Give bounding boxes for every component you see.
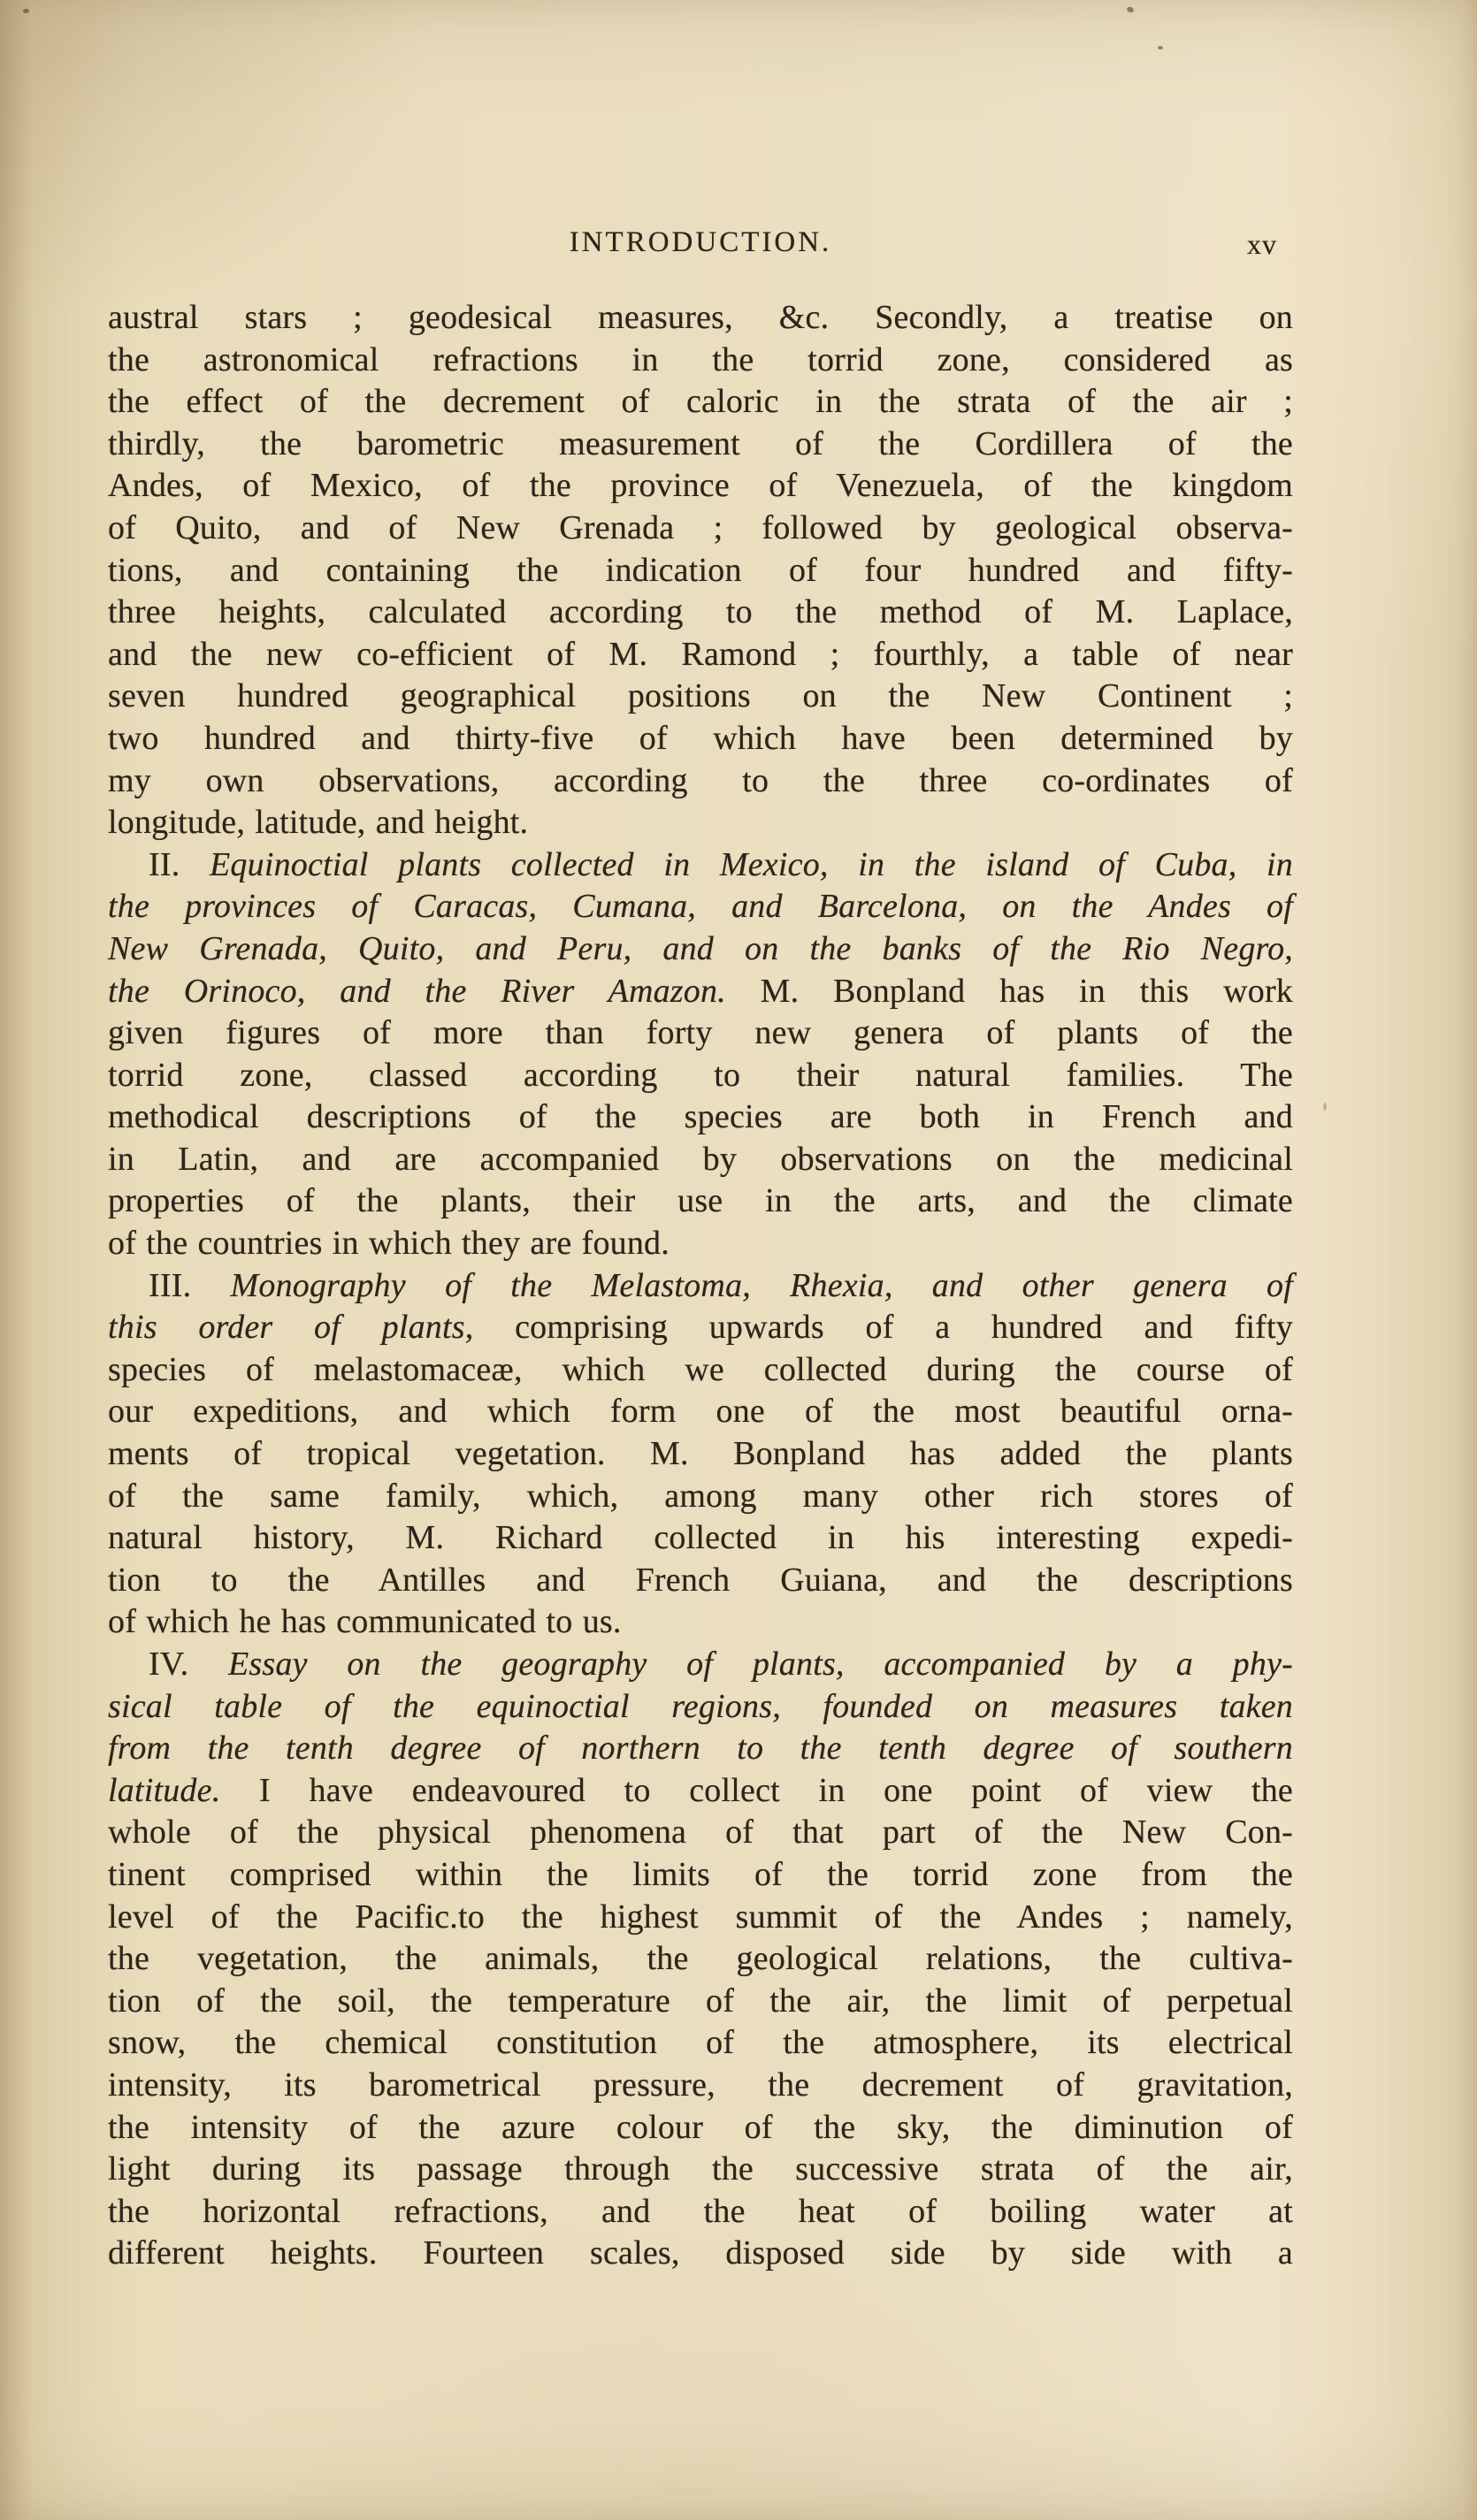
text-line: thirdly, the barometric measurement of t…: [108, 424, 1293, 466]
text-segment: the intensity of the azure colour of the…: [108, 2109, 1293, 2146]
text-segment: three heights, calculated according to t…: [108, 593, 1293, 630]
text-line: of the countries in which they are found…: [108, 1223, 1293, 1265]
italic-text-segment: Equinoctial plants collected in Mexico, …: [210, 846, 1293, 883]
text-line: different heights. Fourteen scales, disp…: [108, 2233, 1293, 2275]
text-line: of the same family, which, among many ot…: [108, 1476, 1293, 1518]
paper-speck: [1158, 46, 1163, 50]
paragraph: II. Equinoctial plants collected in Mexi…: [108, 844, 1293, 1265]
text-line: the vegetation, the animals, the geologi…: [108, 1938, 1293, 1981]
text-line: three heights, calculated according to t…: [108, 592, 1293, 634]
text-segment: of the countries in which they are found…: [108, 1225, 670, 1262]
running-head-title: INTRODUCTION.: [108, 226, 1293, 259]
text-line: austral stars ; geodesical measures, &c.…: [108, 297, 1293, 340]
text-line: our expeditions, and which form one of t…: [108, 1391, 1293, 1433]
text-segment: tions, and containing the indication of …: [108, 552, 1293, 589]
paper-speck: [23, 9, 29, 13]
text-segment: of Quito, and of New Grenada ; followed …: [108, 509, 1293, 546]
text-line: ments of tropical vegetation. M. Bonplan…: [108, 1433, 1293, 1476]
text-segment: III.: [149, 1267, 231, 1304]
text-segment: my own observations, according to the th…: [108, 762, 1293, 799]
text-segment: I have endeavoured to collect in one poi…: [220, 1772, 1293, 1809]
text-line: the provinces of Caracas, Cumana, and Ba…: [108, 886, 1293, 928]
text-segment: the horizontal refractions, and the heat…: [108, 2193, 1293, 2230]
italic-text-segment: Essay on the geography of plants, accomp…: [228, 1646, 1293, 1683]
text-line: of Quito, and of New Grenada ; followed …: [108, 508, 1293, 550]
running-head: INTRODUCTION. xv: [108, 226, 1293, 262]
text-line: the effect of the decrement of caloric i…: [108, 381, 1293, 424]
text-line: sical table of the equinoctial regions, …: [108, 1686, 1293, 1729]
text-line: whole of the physical phenomena of that …: [108, 1812, 1293, 1854]
italic-text-segment: Monography of the Melastoma, Rhexia, and…: [231, 1267, 1293, 1304]
text-line: snow, the chemical constitution of the a…: [108, 2022, 1293, 2065]
text-segment: methodical descriptions of the species a…: [108, 1098, 1293, 1135]
text-line: this order of plants, comprising upwards…: [108, 1307, 1293, 1349]
text-segment: comprising upwards of a hundred and fift…: [473, 1309, 1293, 1346]
text-segment: different heights. Fourteen scales, disp…: [108, 2234, 1293, 2272]
italic-text-segment: latitude.: [108, 1772, 220, 1809]
text-segment: in Latin, and are accompanied by observa…: [108, 1141, 1293, 1178]
text-segment: Andes, of Mexico, of the province of Ven…: [108, 467, 1293, 504]
text-line: tinent comprised within the limits of th…: [108, 1854, 1293, 1897]
text-line: natural history, M. Richard collected in…: [108, 1517, 1293, 1560]
italic-text-segment: New Grenada, Quito, and Peru, and on the…: [108, 930, 1293, 967]
text-segment: two hundred and thirty-five of which hav…: [108, 720, 1293, 757]
text-segment: our expeditions, and which form one of t…: [108, 1393, 1293, 1430]
text-segment: ments of tropical vegetation. M. Bonplan…: [108, 1435, 1293, 1472]
text-segment: II.: [149, 846, 210, 883]
text-line: intensity, its barometrical pressure, th…: [108, 2065, 1293, 2107]
text-line: tion to the Antilles and French Guiana, …: [108, 1560, 1293, 1602]
text-segment: tinent comprised within the limits of th…: [108, 1856, 1293, 1893]
text-line: latitude. I have endeavoured to collect …: [108, 1770, 1293, 1813]
text-segment: of which he has communicated to us.: [108, 1603, 622, 1640]
text-segment: thirdly, the barometric measurement of t…: [108, 425, 1293, 462]
page-body: austral stars ; geodesical measures, &c.…: [108, 297, 1293, 2275]
text-segment: level of the Pacific.to the highest summ…: [108, 1898, 1293, 1936]
text-segment: seven hundred geographical positions on …: [108, 677, 1293, 714]
text-segment: of the same family, which, among many ot…: [108, 1478, 1293, 1515]
text-segment: whole of the physical phenomena of that …: [108, 1814, 1293, 1851]
text-segment: the astronomical refractions in the torr…: [108, 341, 1293, 378]
text-line: from the tenth degree of northern to the…: [108, 1728, 1293, 1770]
text-line: given figures of more than forty new gen…: [108, 1012, 1293, 1055]
text-segment: longitude, latitude, and height.: [108, 804, 528, 841]
text-line: species of melastomaceæ, which we collec…: [108, 1349, 1293, 1392]
italic-text-segment: from the tenth degree of northern to the…: [108, 1730, 1293, 1767]
text-segment: tion to the Antilles and French Guiana, …: [108, 1562, 1293, 1599]
text-segment: tion of the soil, the temperature of the…: [108, 1982, 1293, 2020]
text-line: tions, and containing the indication of …: [108, 550, 1293, 592]
text-line: the intensity of the azure colour of the…: [108, 2107, 1293, 2150]
text-line: the Orinoco, and the River Amazon. M. Bo…: [108, 971, 1293, 1013]
text-segment: the effect of the decrement of caloric i…: [108, 383, 1293, 420]
text-segment: snow, the chemical constitution of the a…: [108, 2024, 1293, 2061]
paper-speck: [1126, 6, 1135, 14]
text-line: of which he has communicated to us.: [108, 1601, 1293, 1644]
text-line: IV. Essay on the geography of plants, ac…: [108, 1644, 1293, 1686]
paragraph: IV. Essay on the geography of plants, ac…: [108, 1644, 1293, 2275]
italic-text-segment: the Orinoco, and the River Amazon.: [108, 973, 726, 1010]
paper-speck: [1323, 1103, 1327, 1111]
text-line: properties of the plants, their use in t…: [108, 1180, 1293, 1223]
text-segment: intensity, its barometrical pressure, th…: [108, 2066, 1293, 2104]
text-line: longitude, latitude, and height.: [108, 802, 1293, 844]
text-line: in Latin, and are accompanied by observa…: [108, 1139, 1293, 1181]
text-line: the astronomical refractions in the torr…: [108, 340, 1293, 382]
text-segment: given figures of more than forty new gen…: [108, 1014, 1293, 1051]
text-segment: austral stars ; geodesical measures, &c.…: [108, 299, 1293, 336]
text-segment: properties of the plants, their use in t…: [108, 1182, 1293, 1219]
text-segment: the vegetation, the animals, the geologi…: [108, 1940, 1293, 1977]
paragraph: austral stars ; geodesical measures, &c.…: [108, 297, 1293, 844]
text-line: III. Monography of the Melastoma, Rhexia…: [108, 1265, 1293, 1308]
text-line: level of the Pacific.to the highest summ…: [108, 1897, 1293, 1939]
italic-text-segment: this order of plants,: [108, 1309, 473, 1346]
italic-text-segment: sical table of the equinoctial regions, …: [108, 1688, 1293, 1725]
page-number: xv: [1247, 228, 1277, 261]
text-segment: IV.: [149, 1646, 228, 1683]
text-line: Andes, of Mexico, of the province of Ven…: [108, 465, 1293, 508]
text-line: light during its passage through the suc…: [108, 2149, 1293, 2191]
text-line: my own observations, according to the th…: [108, 760, 1293, 803]
text-line: torrid zone, classed according to their …: [108, 1055, 1293, 1097]
text-line: tion of the soil, the temperature of the…: [108, 1981, 1293, 2023]
text-line: New Grenada, Quito, and Peru, and on the…: [108, 928, 1293, 971]
text-line: II. Equinoctial plants collected in Mexi…: [108, 844, 1293, 887]
text-segment: species of melastomaceæ, which we collec…: [108, 1351, 1293, 1388]
text-line: and the new co-efficient of M. Ramond ; …: [108, 634, 1293, 676]
text-segment: natural history, M. Richard collected in…: [108, 1519, 1293, 1556]
text-line: the horizontal refractions, and the heat…: [108, 2191, 1293, 2234]
text-segment: light during its passage through the suc…: [108, 2150, 1293, 2188]
text-line: seven hundred geographical positions on …: [108, 676, 1293, 718]
paragraph: III. Monography of the Melastoma, Rhexia…: [108, 1265, 1293, 1644]
text-segment: and the new co-efficient of M. Ramond ; …: [108, 636, 1293, 673]
text-line: two hundred and thirty-five of which hav…: [108, 718, 1293, 760]
text-line: methodical descriptions of the species a…: [108, 1096, 1293, 1139]
text-segment: M. Bonpland has in this work: [726, 973, 1293, 1010]
text-segment: torrid zone, classed according to their …: [108, 1057, 1293, 1094]
italic-text-segment: the provinces of Caracas, Cumana, and Ba…: [108, 888, 1293, 925]
